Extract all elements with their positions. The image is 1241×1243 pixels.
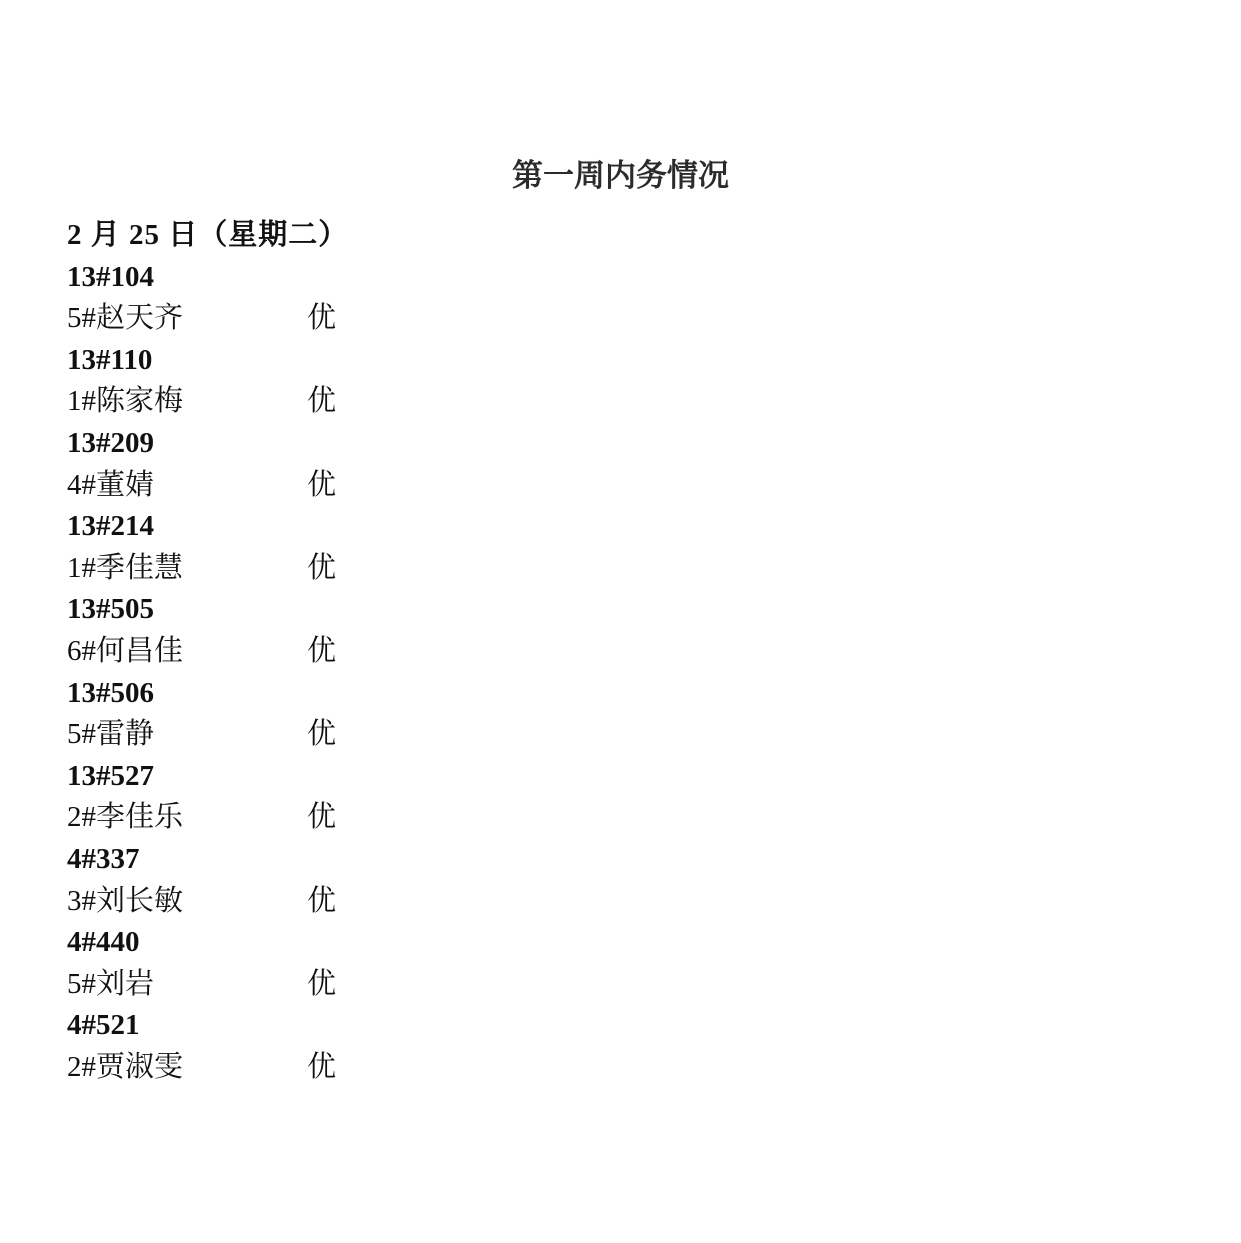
- resident-row: 3#刘长敏 优: [67, 881, 348, 923]
- resident-name: 3#刘长敏: [67, 881, 307, 923]
- resident-name: 5#雷静: [67, 714, 307, 756]
- room-number: 13#214: [67, 506, 348, 548]
- grade-value: 优: [307, 797, 336, 839]
- resident-name: 1#陈家梅: [67, 381, 307, 423]
- room-number: 13#505: [67, 589, 348, 631]
- resident-name: 1#季佳慧: [67, 548, 307, 590]
- resident-name: 6#何昌佳: [67, 631, 307, 673]
- room-number: 13#506: [67, 673, 348, 715]
- grade-value: 优: [307, 548, 336, 590]
- room-number: 4#337: [67, 839, 348, 881]
- resident-row: 1#季佳慧 优: [67, 548, 348, 590]
- resident-name: 5#刘岩: [67, 964, 307, 1006]
- grade-value: 优: [307, 465, 336, 507]
- resident-row: 5#雷静 优: [67, 714, 348, 756]
- room-number: 13#209: [67, 423, 348, 465]
- room-number: 4#440: [67, 922, 348, 964]
- grade-value: 优: [307, 381, 336, 423]
- resident-row: 5#赵天齐 优: [67, 298, 348, 340]
- resident-row: 2#李佳乐 优: [67, 797, 348, 839]
- document-title: 第一周内务情况: [0, 155, 1241, 197]
- room-number: 13#527: [67, 756, 348, 798]
- room-number: 13#110: [67, 340, 348, 382]
- resident-row: 5#刘岩 优: [67, 964, 348, 1006]
- date-heading: 2 月 25 日（星期二）: [67, 215, 348, 257]
- resident-name: 4#董婧: [67, 465, 307, 507]
- document-body: 2 月 25 日（星期二） 13#104 5#赵天齐 优 13#110 1#陈家…: [67, 215, 348, 1088]
- grade-value: 优: [307, 714, 336, 756]
- resident-row: 1#陈家梅 优: [67, 381, 348, 423]
- resident-row: 6#何昌佳 优: [67, 631, 348, 673]
- resident-row: 2#贾淑雯 优: [67, 1047, 348, 1089]
- grade-value: 优: [307, 881, 336, 923]
- grade-value: 优: [307, 631, 336, 673]
- resident-row: 4#董婧 优: [67, 465, 348, 507]
- room-number: 13#104: [67, 257, 348, 299]
- grade-value: 优: [307, 964, 336, 1006]
- resident-name: 2#贾淑雯: [67, 1047, 307, 1089]
- grade-value: 优: [307, 298, 336, 340]
- resident-name: 2#李佳乐: [67, 797, 307, 839]
- room-number: 4#521: [67, 1005, 348, 1047]
- grade-value: 优: [307, 1047, 336, 1089]
- resident-name: 5#赵天齐: [67, 298, 307, 340]
